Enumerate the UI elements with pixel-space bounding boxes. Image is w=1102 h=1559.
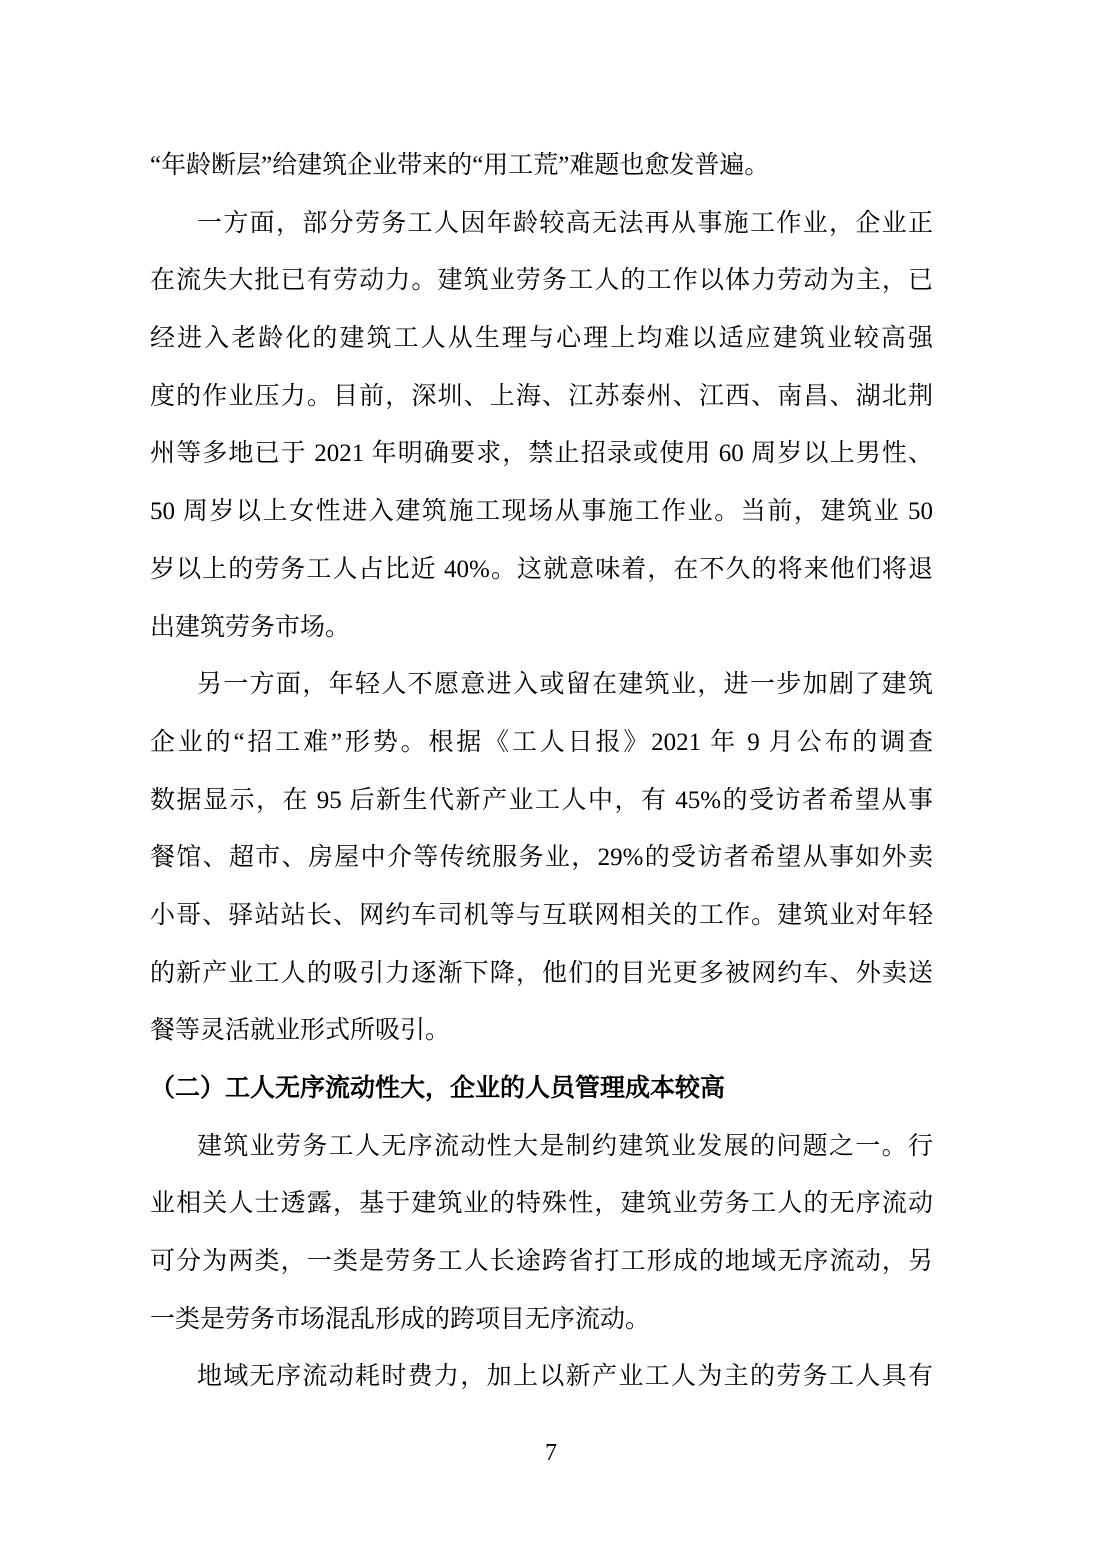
text-line: 一类是劳务市场混乱形成的跨项目无序流动。 (150, 1291, 933, 1349)
text-line: 地域无序流动耗时费力，加上以新产业工人为主的劳务工人具有 (150, 1348, 933, 1406)
text-line: 企业的“招工难”形势。根据《工人日报》2021 年 9 月公布的调查 (150, 714, 933, 772)
text-line: 数据显示，在 95 后新生代新产业工人中，有 45%的受访者希望从事 (150, 772, 933, 830)
page-number: 7 (545, 1440, 557, 1466)
page-footer: 7 (0, 1440, 1102, 1466)
text-line: 业相关人士透露，基于建筑业的特殊性，建筑业劳务工人的无序流动 (150, 1175, 933, 1233)
text-line: 经进入老龄化的建筑工人从生理与心理上均难以适应建筑业较高强 (150, 310, 933, 368)
text-line: 可分为两类，一类是劳务工人长途跨省打工形成的地域无序流动，另 (150, 1233, 933, 1291)
text-line: 州等多地已于 2021 年明确要求，禁止招录或使用 60 周岁以上男性、 (150, 425, 933, 483)
text-line: 餐等灵活就业形式所吸引。 (150, 1002, 933, 1060)
text-line: 一方面，部分劳务工人因年龄较高无法再从事施工作业，企业正 (150, 195, 933, 253)
text-line: 小哥、驿站站长、网约车司机等与互联网相关的工作。建筑业对年轻 (150, 887, 933, 945)
text-line: 餐馆、超市、房屋中介等传统服务业，29%的受访者希望从事如外卖 (150, 829, 933, 887)
text-line: 50 周岁以上女性进入建筑施工现场从事施工作业。当前，建筑业 50 (150, 483, 933, 541)
document-page: “年龄断层”给建筑企业带来的“用工荒”难题也愈发普遍。 一方面，部分劳务工人因年… (0, 0, 1102, 1559)
text-line: 在流失大批已有劳动力。建筑业劳务工人的工作以体力劳动为主，已 (150, 252, 933, 310)
section-heading: （二）工人无序流动性大，企业的人员管理成本较高 (150, 1060, 933, 1118)
text-line: 建筑业劳务工人无序流动性大是制约建筑业发展的问题之一。行 (150, 1118, 933, 1176)
text-line: “年龄断层”给建筑企业带来的“用工荒”难题也愈发普遍。 (150, 137, 933, 195)
text-line: 的新产业工人的吸引力逐渐下降，他们的目光更多被网约车、外卖送 (150, 945, 933, 1003)
document-text-block: “年龄断层”给建筑企业带来的“用工荒”难题也愈发普遍。 一方面，部分劳务工人因年… (150, 137, 933, 1406)
text-line: 度的作业压力。目前，深圳、上海、江苏泰州、江西、南昌、湖北荆 (150, 368, 933, 426)
text-line: 出建筑劳务市场。 (150, 599, 933, 657)
text-line: 岁以上的劳务工人占比近 40%。这就意味着，在不久的将来他们将退 (150, 541, 933, 599)
text-line: 另一方面，年轻人不愿意进入或留在建筑业，进一步加剧了建筑 (150, 656, 933, 714)
